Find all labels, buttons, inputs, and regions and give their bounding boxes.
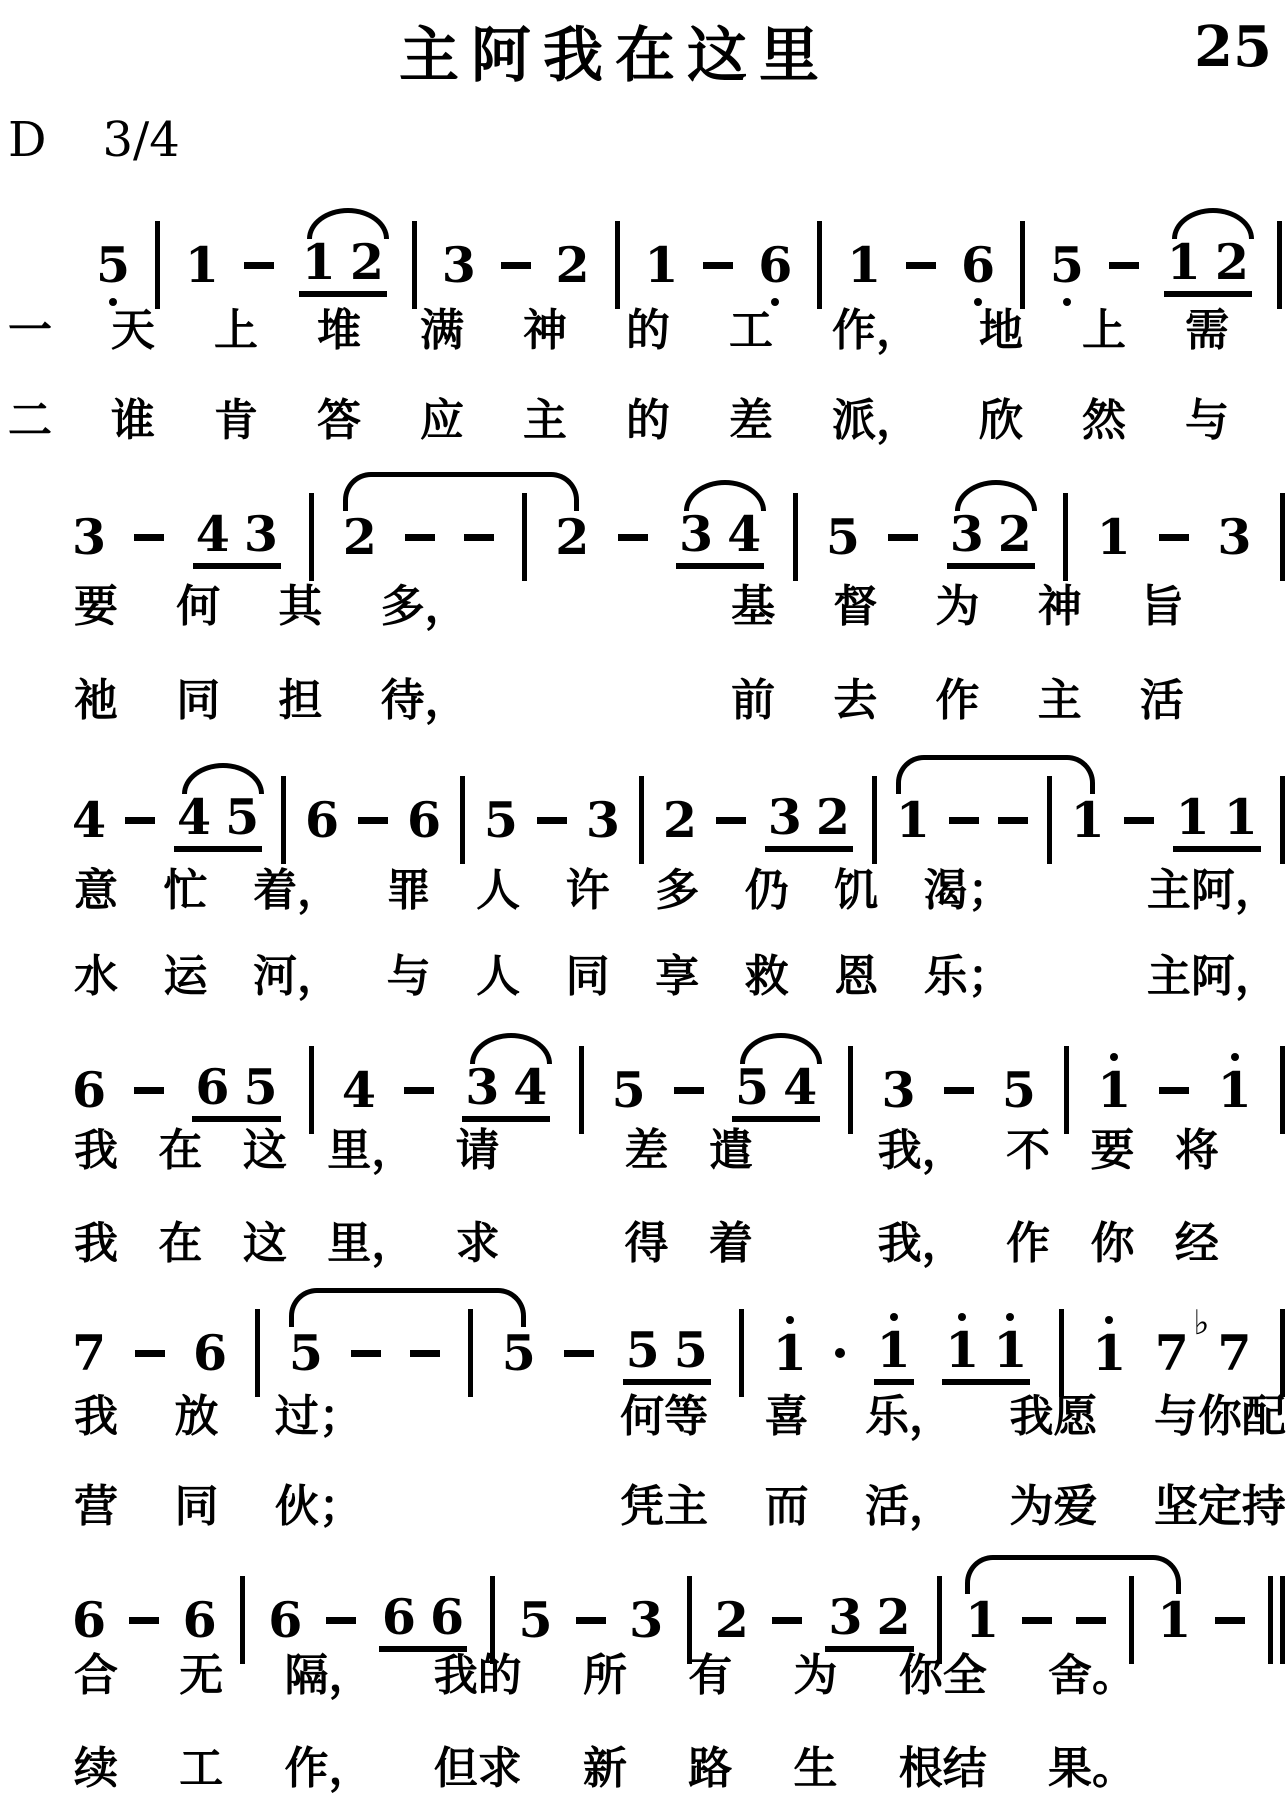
duration-dash	[326, 1617, 356, 1624]
lyric-char: 谁	[111, 395, 155, 447]
lyric-char: 将	[1175, 1125, 1219, 1177]
beam-group: 1	[874, 1321, 914, 1385]
tie-arc	[965, 1555, 1181, 1594]
barline	[412, 221, 417, 309]
page-number: 25	[1194, 14, 1272, 80]
lyric-char: 饥	[834, 865, 878, 917]
duration-dash	[1076, 1617, 1106, 1624]
slur-arc	[470, 1033, 552, 1064]
note-token: 6	[72, 1061, 106, 1119]
lyric-char: 无	[179, 1650, 223, 1702]
lyric-char: 二	[8, 395, 52, 447]
lyric-char: 忙	[164, 865, 208, 917]
key-signature: D	[8, 112, 46, 168]
note-token: 4	[783, 1058, 817, 1116]
lyric-char: 要	[1090, 1125, 1134, 1177]
lyric-char: 为爱	[1010, 1481, 1098, 1533]
dash-mark	[134, 534, 164, 541]
note-token: 1	[1224, 788, 1258, 846]
lyric-char: 我，	[878, 1218, 966, 1270]
lyric-char: 要	[74, 581, 118, 633]
lyric-char: 人	[476, 865, 520, 917]
lyric-char: 同	[566, 951, 610, 1003]
lyric-char: 担	[278, 675, 322, 727]
note-token: 5	[225, 788, 259, 846]
lyric-char: 求	[456, 1218, 500, 1270]
barline	[579, 1046, 584, 1134]
dash-mark	[537, 817, 567, 824]
lyric-char: 乐，	[865, 1391, 953, 1443]
lyrics-line-1-verse-1: 一天上堆满神的工作，地上需	[8, 305, 1229, 357]
lyric-spacer	[419, 1481, 463, 1533]
lyric-char: 天	[111, 305, 155, 357]
note-token: 5	[289, 1324, 323, 1382]
duration-dash	[129, 1617, 159, 1624]
barline	[872, 776, 877, 864]
barline	[255, 1309, 260, 1397]
lyric-char: 旨	[1140, 581, 1184, 633]
lyric-char: 在	[158, 1125, 202, 1177]
lyric-char: 有	[688, 1650, 732, 1702]
duration-dash	[134, 534, 164, 541]
note-token: 2	[663, 791, 697, 849]
dash-mark	[674, 1087, 704, 1094]
lyric-char: 着	[709, 1218, 753, 1270]
lyric-char: 祂	[74, 675, 118, 727]
barline	[1063, 493, 1068, 581]
dash-mark	[501, 262, 531, 269]
beam-group: 12	[1164, 233, 1252, 297]
lyric-char: 派，	[832, 395, 920, 447]
note-token: 1	[644, 236, 678, 294]
tie-arc	[343, 472, 579, 511]
dash-mark	[129, 1617, 159, 1624]
lyric-char: 伙；	[275, 1481, 363, 1533]
barline	[1280, 1046, 1285, 1134]
beam-group: 54	[732, 1058, 820, 1122]
lyric-char: 我的	[434, 1650, 522, 1702]
note-token: 3	[586, 791, 620, 849]
barline	[1280, 776, 1285, 864]
note-token: 3	[828, 1588, 862, 1646]
duration-dash	[703, 262, 733, 269]
lyric-char: 需	[1185, 305, 1229, 357]
barline	[281, 776, 286, 864]
note-token: 7♭	[1217, 1324, 1251, 1382]
note-token: 3	[679, 505, 713, 563]
lyric-char: 我	[74, 1391, 118, 1443]
note-token: 5	[626, 1321, 660, 1379]
dash-mark	[949, 817, 979, 824]
lyrics-line-3-verse-2: 水运河，与人同享救恩乐；主阿，	[74, 951, 1279, 1003]
dash-mark	[405, 534, 435, 541]
lyric-spacer	[629, 581, 673, 633]
beam-group: 32	[947, 505, 1035, 569]
barline	[309, 1046, 314, 1134]
lyric-char: 舍。	[1048, 1650, 1136, 1702]
lyric-char: 应	[420, 395, 464, 447]
dash-mark	[404, 1087, 434, 1094]
sheet-music-page: 主阿我在这里 25 D 3/4 5112321616512一天上堆满神的工作，地…	[0, 0, 1288, 1817]
note-token: 6	[183, 1591, 217, 1649]
lyric-char: 前	[731, 675, 775, 727]
lyric-char: 主	[1038, 675, 1082, 727]
duration-dash	[1109, 262, 1139, 269]
lyrics-line-2-verse-2: 祂同担待，前去作主活	[74, 675, 1184, 727]
note-token: 2	[555, 508, 589, 566]
duration-dash	[674, 1087, 704, 1094]
lyric-char: 喜	[765, 1391, 809, 1443]
lyric-char: 主阿，	[1147, 951, 1279, 1003]
music-tokens: 6654345543511	[72, 1061, 1285, 1119]
lyrics-line-5-verse-1: 我放过；何等喜乐，我愿与你配	[74, 1391, 1286, 1443]
lyric-spacer	[520, 1481, 564, 1533]
lyric-char: 何	[176, 581, 220, 633]
note-token: 5	[519, 1591, 553, 1649]
dash-mark	[564, 1350, 594, 1357]
beam-group: 11	[1173, 788, 1261, 852]
lyric-char: 新	[583, 1743, 627, 1795]
note-token: 5	[96, 236, 130, 294]
note-token: 1	[1157, 1591, 1191, 1649]
lyric-char: 我	[74, 1218, 118, 1270]
music-tokens: 44566532321111	[72, 791, 1285, 849]
time-signature: 3/4	[102, 112, 179, 168]
lyric-char: 运	[164, 951, 208, 1003]
lyric-spacer	[520, 1391, 564, 1443]
dash-mark	[326, 1617, 356, 1624]
lyric-char: 坚定持	[1154, 1481, 1286, 1533]
duration-dash	[1159, 534, 1189, 541]
lyric-char: 续	[74, 1743, 118, 1795]
duration-dash	[949, 817, 979, 824]
lyrics-line-4-verse-1: 我在这里，请差遣我，不要将	[74, 1125, 1219, 1177]
lyric-char: 作，	[832, 305, 920, 357]
beam-group: 66	[379, 1588, 467, 1652]
lyric-char: 差	[624, 1125, 668, 1177]
lyric-char: 凭主	[620, 1481, 708, 1533]
lyric-spacer	[527, 581, 571, 633]
beam-group: 34	[676, 505, 764, 569]
note-token: 1	[1097, 1061, 1131, 1119]
note-token: 1	[945, 1321, 979, 1379]
music-tokens: 343223453213	[72, 508, 1285, 566]
lyrics-line-2-verse-1: 要何其多，基督为神旨	[74, 581, 1184, 633]
note-token: 1	[1176, 788, 1210, 846]
note-token: 1	[1092, 1324, 1126, 1382]
lyric-char: 其	[278, 581, 322, 633]
lyric-char: 意	[74, 865, 118, 917]
high-octave-dot	[890, 1313, 898, 1321]
flat-icon: ♭	[1193, 1306, 1209, 1340]
lyric-char: 我，	[878, 1125, 966, 1177]
note-token: 6	[193, 1324, 227, 1382]
note-token: 5	[826, 508, 860, 566]
lyric-char: 欣	[979, 395, 1023, 447]
lyric-char: 里，	[327, 1125, 415, 1177]
note-token: 3	[72, 508, 106, 566]
lyric-char: 一	[8, 305, 52, 357]
lyric-spacer	[419, 1391, 463, 1443]
lyric-char: 过；	[275, 1391, 363, 1443]
lyric-spacer	[793, 1218, 837, 1270]
note-token: 4	[342, 1061, 376, 1119]
note-token: 5	[1002, 1061, 1036, 1119]
barline	[1064, 1046, 1069, 1134]
duration-dash	[944, 1087, 974, 1094]
note-token: 7	[1155, 1324, 1189, 1382]
lyric-char: 的	[626, 305, 670, 357]
dash-mark	[906, 262, 936, 269]
lyric-char: 不	[1006, 1125, 1050, 1177]
lyric-char: 着，	[253, 865, 341, 917]
lyric-char: 答	[317, 395, 361, 447]
lyric-char: 许	[566, 865, 610, 917]
duration-dash	[998, 817, 1028, 824]
dash-mark	[944, 1087, 974, 1094]
lyric-char: 去	[833, 675, 877, 727]
note-token: 3	[881, 1061, 915, 1119]
lyrics-line-5-verse-2: 营同伙；凭主而活，为爱坚定持	[74, 1481, 1286, 1533]
lyric-char: 隔，	[285, 1650, 373, 1702]
high-octave-dot	[1231, 1053, 1239, 1061]
tie-arc	[896, 755, 1095, 794]
lyric-char: 肯	[214, 395, 258, 447]
lyrics-line-6-verse-1: 合无隔，我的所有为你全舍。	[74, 1650, 1136, 1702]
note-token: 1	[877, 1321, 911, 1379]
note-token: 5	[1050, 236, 1084, 294]
lyric-char: 多	[655, 865, 699, 917]
barline	[155, 221, 160, 309]
slur-arc	[740, 1033, 822, 1064]
duration-dash	[564, 1350, 594, 1357]
lyric-char: 但求	[434, 1743, 522, 1795]
note-token: 6	[195, 1058, 229, 1116]
lyric-char: 而	[765, 1481, 809, 1533]
slur-arc	[684, 480, 766, 511]
note-token: 1	[1167, 233, 1201, 291]
duration-dash	[404, 1087, 434, 1094]
note-token: 4	[177, 788, 211, 846]
lyric-char: 这	[243, 1125, 287, 1177]
note-token: 4	[727, 505, 761, 563]
lyric-char: 待，	[381, 675, 469, 727]
barline	[1280, 493, 1285, 581]
duration-dash	[1124, 817, 1154, 824]
lyric-char: 与你配	[1154, 1391, 1286, 1443]
beam-group: 65	[192, 1058, 280, 1122]
note-token: 6	[407, 791, 441, 849]
barline	[309, 493, 314, 581]
lyric-char: 同	[174, 1481, 218, 1533]
lyric-char: 满	[420, 305, 464, 357]
barline	[1020, 221, 1025, 309]
music-line-1: 5112321616512	[96, 200, 1282, 312]
lyric-char: 里，	[327, 1218, 415, 1270]
lyric-char: 工	[729, 305, 773, 357]
note-token: 1	[1218, 1061, 1252, 1119]
lyric-char: 为	[794, 1650, 838, 1702]
dash-mark	[464, 534, 494, 541]
beam-group: 32	[765, 788, 853, 852]
note-token: 1	[896, 791, 930, 849]
note-token: 2	[876, 1588, 910, 1646]
note-token: 1	[773, 1324, 807, 1382]
lyric-char: 这	[243, 1218, 287, 1270]
lyric-char: 放	[174, 1391, 218, 1443]
lyric-char: 合	[74, 1650, 118, 1702]
note-token: 1	[1097, 508, 1131, 566]
note-token: 3	[629, 1591, 663, 1649]
barline	[615, 221, 620, 309]
note-token: 6	[382, 1588, 416, 1646]
duration-dash	[1022, 1617, 1052, 1624]
lyric-spacer	[629, 675, 673, 727]
barline	[739, 1309, 744, 1397]
barline	[848, 1046, 853, 1134]
lyric-char: 人	[476, 951, 520, 1003]
duration-dash	[1215, 1617, 1245, 1624]
lyric-char: 多，	[381, 581, 469, 633]
lyric-char: 我愿	[1010, 1391, 1098, 1443]
lyric-spacer	[1057, 865, 1101, 917]
lyric-char: 上	[214, 305, 258, 357]
lyric-char: 救	[745, 951, 789, 1003]
note-token: 5	[484, 791, 518, 849]
lyric-char: 同	[176, 675, 220, 727]
high-octave-dot	[1006, 1313, 1014, 1321]
note-token: 1	[302, 233, 336, 291]
lyric-char: 享	[655, 951, 699, 1003]
lyric-char: 神	[1038, 581, 1082, 633]
dash-mark	[351, 1350, 381, 1357]
dash-mark	[888, 534, 918, 541]
high-octave-dot	[786, 1316, 794, 1324]
note-token: 4	[72, 791, 106, 849]
page-title: 主阿我在这里	[40, 8, 1190, 94]
lyric-char: 然	[1082, 395, 1126, 447]
lyric-char: 差	[729, 395, 773, 447]
duration-dash	[405, 534, 435, 541]
note-token: 1	[993, 1321, 1027, 1379]
note-token: 3	[465, 1058, 499, 1116]
barline	[817, 221, 822, 309]
duration-dash	[125, 817, 155, 824]
music-line-5: 7655551111177♭	[72, 1288, 1285, 1400]
dash-mark	[1159, 1087, 1189, 1094]
lyric-spacer	[527, 675, 571, 727]
note-token: 6	[305, 791, 339, 849]
lyric-char: 地	[979, 305, 1023, 357]
barline	[1277, 221, 1282, 309]
note-token: 3	[768, 788, 802, 846]
final-barline	[1268, 1576, 1285, 1664]
lyric-char: 活	[1140, 675, 1184, 727]
dash-mark	[1215, 1617, 1245, 1624]
note-token: 6	[758, 236, 792, 294]
lyric-char: 主阿，	[1147, 865, 1279, 917]
duration-dash	[888, 534, 918, 541]
lyric-char: 河，	[253, 951, 341, 1003]
slur-arc	[1172, 208, 1254, 239]
music-line-3: 44566532321111	[72, 755, 1285, 867]
lyric-char: 所	[583, 1650, 627, 1702]
beam-group: 32	[825, 1588, 913, 1652]
dash-mark	[998, 817, 1028, 824]
lyric-char: 营	[74, 1481, 118, 1533]
lyric-char: 基	[731, 581, 775, 633]
note-token: 1	[185, 236, 219, 294]
dash-mark	[716, 817, 746, 824]
dash-mark	[134, 1087, 164, 1094]
note-token: 2	[1215, 233, 1249, 291]
lyric-char: 我	[74, 1125, 118, 1177]
slur-arc	[307, 208, 389, 239]
dash-mark	[358, 817, 388, 824]
lyric-char: 路	[688, 1743, 732, 1795]
dash-mark	[1159, 534, 1189, 541]
barline	[460, 776, 465, 864]
note-token: 5	[243, 1058, 277, 1116]
barline	[793, 493, 798, 581]
lyric-char: 得	[624, 1218, 668, 1270]
lyrics-line-3-verse-1: 意忙着，罪人许多仍饥渴；主阿，	[74, 865, 1279, 917]
key-time-signature: D 3/4	[8, 112, 180, 168]
duration-dash	[135, 1350, 165, 1357]
high-octave-dot	[1105, 1316, 1113, 1324]
beam-group: 11	[942, 1321, 1030, 1385]
lyric-char: 的	[626, 395, 670, 447]
dash-mark	[703, 262, 733, 269]
dash-mark	[410, 1350, 440, 1357]
augmentation-dot	[835, 1348, 845, 1358]
duration-dash	[134, 1087, 164, 1094]
dash-mark	[244, 262, 274, 269]
lyric-char: 为	[936, 581, 980, 633]
duration-dash	[358, 817, 388, 824]
note-token: 4	[513, 1058, 547, 1116]
note-token: 1	[965, 1591, 999, 1649]
note-token: 2	[350, 233, 384, 291]
duration-dash	[1159, 1087, 1189, 1094]
lyric-char: 你全	[899, 1650, 987, 1702]
note-token: 2	[556, 236, 590, 294]
duration-dash	[501, 262, 531, 269]
note-token: 3	[244, 505, 278, 563]
dash-mark	[1076, 1617, 1106, 1624]
barline	[1059, 1309, 1064, 1397]
lyric-char: 作，	[285, 1743, 373, 1795]
high-octave-dot	[958, 1313, 966, 1321]
lyric-char: 生	[794, 1743, 838, 1795]
lyric-char: 活，	[865, 1481, 953, 1533]
lyric-char: 作	[936, 675, 980, 727]
lyric-spacer	[540, 1218, 584, 1270]
dash-mark	[1022, 1617, 1052, 1624]
music-line-4: 6654345543511	[72, 1025, 1285, 1137]
note-token: 1	[1071, 791, 1105, 849]
lyrics-line-4-verse-2: 我在这里，求得着我，作你经	[74, 1218, 1219, 1270]
dash-mark	[135, 1350, 165, 1357]
duration-dash	[537, 817, 567, 824]
lyric-char: 果。	[1048, 1743, 1136, 1795]
lyric-char: 在	[158, 1218, 202, 1270]
slur-arc	[182, 763, 264, 794]
note-token: 5	[735, 1058, 769, 1116]
duration-dash	[464, 534, 494, 541]
note-token: 1	[847, 236, 881, 294]
lyric-char: 上	[1082, 305, 1126, 357]
